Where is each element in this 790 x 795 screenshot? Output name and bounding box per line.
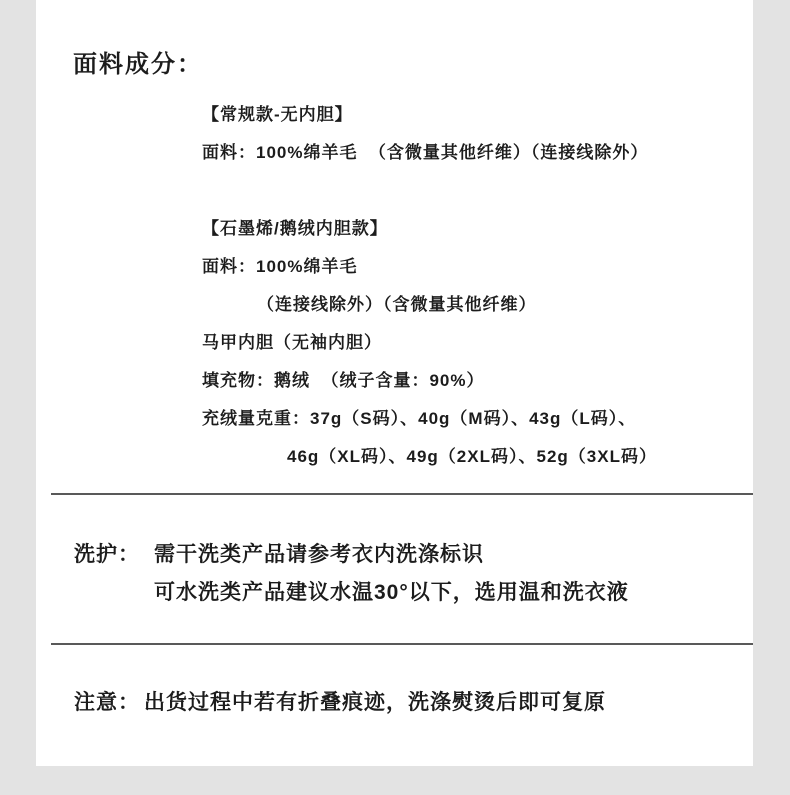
notice-content: 出货过程中若有折叠痕迹，洗涤熨烫后即可复原 [144, 684, 606, 722]
regular-style-fabric-line: 面料：100%绵羊毛 （含微量其他纤维）（连接线除外） [202, 134, 753, 172]
regular-style-header: 【常规款-无内胆】 [202, 96, 753, 134]
notice-section: 注意： 出货过程中若有折叠痕迹，洗涤熨烫后即可复原 [74, 684, 753, 722]
section-divider [51, 493, 753, 495]
liner-style-header: 【石墨烯/鹅绒内胆款】 [202, 210, 753, 248]
wash-care-line-2: 可水洗类产品建议水温30°以下，选用温和洗衣液 [154, 574, 629, 612]
product-detail-page: 面料成分： 【常规款-无内胆】 面料：100%绵羊毛 （含微量其他纤维）（连接线… [0, 0, 790, 766]
content-card: 面料成分： 【常规款-无内胆】 面料：100%绵羊毛 （含微量其他纤维）（连接线… [36, 0, 753, 766]
liner-fabric-line: 面料：100%绵羊毛 [202, 248, 753, 286]
section-divider [51, 643, 753, 645]
wash-care-line-1: 需干洗类产品请参考衣内洗涤标识 [154, 536, 629, 574]
fabric-section-title: 面料成分： [73, 48, 753, 82]
liner-down-weight-line-2: 46g（XL码）、49g（2XL码）、52g（3XL码） [202, 438, 753, 476]
liner-filling-line: 填充物：鹅绒 （绒子含量：90%） [202, 362, 753, 400]
liner-vest-line: 马甲内胆（无袖内胆） [202, 324, 753, 362]
wash-care-label: 洗护： [74, 536, 140, 574]
fabric-blocks: 【常规款-无内胆】 面料：100%绵羊毛 （含微量其他纤维）（连接线除外） 【石… [202, 96, 753, 476]
liner-down-weight-line-1: 充绒量克重：37g（S码）、40g（M码）、43g（L码）、 [202, 400, 753, 438]
wash-care-section: 洗护： 需干洗类产品请参考衣内洗涤标识 可水洗类产品建议水温30°以下，选用温和… [74, 536, 753, 612]
liner-fabric-note: （连接线除外）（含微量其他纤维） [202, 286, 753, 324]
regular-style-block: 【常规款-无内胆】 面料：100%绵羊毛 （含微量其他纤维）（连接线除外） [202, 96, 753, 172]
liner-style-block: 【石墨烯/鹅绒内胆款】 面料：100%绵羊毛 （连接线除外）（含微量其他纤维） … [202, 210, 753, 476]
notice-label: 注意： [74, 684, 140, 722]
wash-care-content: 需干洗类产品请参考衣内洗涤标识 可水洗类产品建议水温30°以下，选用温和洗衣液 [154, 536, 629, 612]
